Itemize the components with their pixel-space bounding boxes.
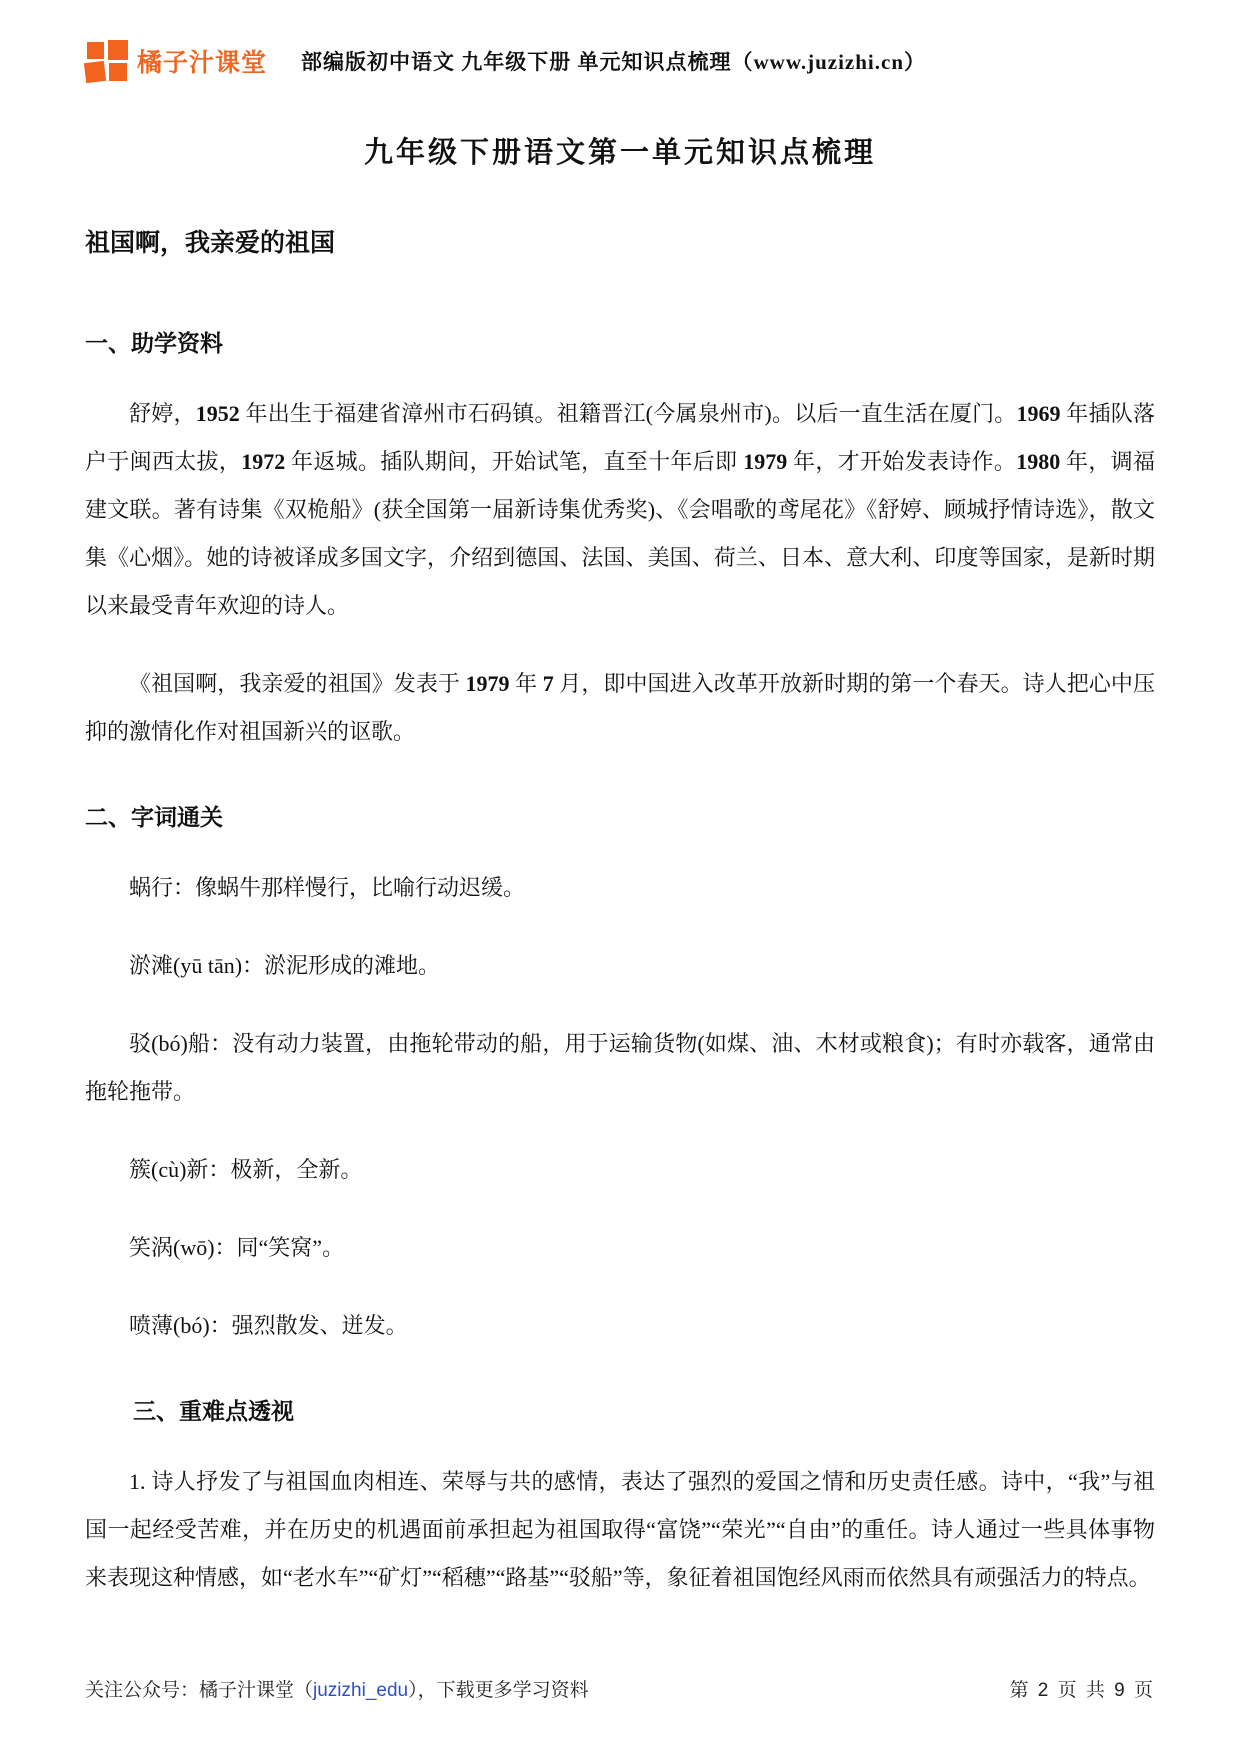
text-run: 年出生于福建省漳州市石码镇。祖籍晋江(今属泉州市)。以后一直生活在厦门。 xyxy=(240,401,1017,426)
section-heading: 二、字词通关 xyxy=(85,800,1155,834)
text-run: 年返城。插队期间，开始试笔，直至十年后即 xyxy=(285,449,743,474)
juzizhi-logo-icon xyxy=(85,39,131,83)
text-run: 驳(bó)船：没有动力装置，由拖轮带动的船，用于运输货物(如煤、油、木材或粮食)… xyxy=(85,1031,1155,1104)
definition-item: 驳(bó)船：没有动力装置，由拖轮带动的船，用于运输货物(如煤、油、木材或粮食)… xyxy=(85,1020,1155,1116)
document-content: 九年级下册语文第一单元知识点梳理 祖国啊，我亲爱的祖国 一、助学资料 舒婷，19… xyxy=(0,132,1240,1602)
text-run: 喷薄(bó)：强烈散发、迸发。 xyxy=(129,1313,408,1338)
text-run: 蜗行：像蜗牛那样慢行，比喻行动迟缓。 xyxy=(129,875,525,900)
text-run: 笑涡(wō)：同“笑窝”。 xyxy=(129,1235,344,1260)
page-number: 第 2 页 共 9 页 xyxy=(1009,1675,1155,1702)
text-run: 年，调福建文联。著有诗集《双桅船》(获全国第一届新诗集优秀奖)、《会唱歌的鸢尾花… xyxy=(85,449,1155,618)
bold-text: 1980 xyxy=(1016,449,1060,474)
page-title: 九年级下册语文第一单元知识点梳理 xyxy=(85,132,1155,174)
text-run: 淤滩(yū tān)：淤泥形成的滩地。 xyxy=(129,953,440,978)
paragraph: 《祖国啊，我亲爱的祖国》发表于 1979 年 7 月，即中国进入改革开放新时期的… xyxy=(85,660,1155,756)
text-run: 年 xyxy=(510,671,543,696)
bold-text: 1979 xyxy=(743,449,787,474)
footer-link[interactable]: juzizhi_edu xyxy=(313,1680,408,1701)
bold-text: 1979 xyxy=(466,671,510,696)
section-heading: 三、重难点透视 xyxy=(133,1394,1155,1428)
juzizhi-logo: 橘子汁课堂 xyxy=(85,39,267,83)
footer-note: 关注公众号：橘子汁课堂（juzizhi_edu），下载更多学习资料 xyxy=(85,1675,589,1702)
bold-text: 1952 xyxy=(196,401,240,426)
page-footer: 关注公众号：橘子汁课堂（juzizhi_edu），下载更多学习资料 第 2 页 … xyxy=(85,1675,1155,1702)
definition-item: 淤滩(yū tān)：淤泥形成的滩地。 xyxy=(85,942,1155,990)
text-run: 关注公众号：橘子汁课堂（ xyxy=(85,1680,313,1701)
section-key-points: 三、重难点透视 1. 诗人抒发了与祖国血肉相连、荣辱与共的感情，表达了强烈的爱国… xyxy=(85,1394,1155,1602)
bold-text: 7 xyxy=(543,671,554,696)
document-page: 橘子汁课堂 部编版初中语文 九年级下册 单元知识点梳理（www.juzizhi.… xyxy=(0,0,1240,1754)
text-run: ），下载更多学习资料 xyxy=(408,1680,589,1701)
text-run: 舒婷， xyxy=(129,401,196,426)
bold-text: 1969 xyxy=(1017,401,1061,426)
definition-item: 笑涡(wō)：同“笑窝”。 xyxy=(85,1224,1155,1272)
definition-item: 喷薄(bó)：强烈散发、迸发。 xyxy=(85,1302,1155,1350)
bold-text: 1972 xyxy=(241,449,285,474)
definition-item: 簇(cù)新：极新，全新。 xyxy=(85,1146,1155,1194)
page-header: 橘子汁课堂 部编版初中语文 九年级下册 单元知识点梳理（www.juzizhi.… xyxy=(0,0,1240,88)
section-vocabulary: 二、字词通关 蜗行：像蜗牛那样慢行，比喻行动迟缓。 淤滩(yū tān)：淤泥形… xyxy=(85,800,1155,1350)
paragraph: 舒婷，1952 年出生于福建省漳州市石码镇。祖籍晋江(今属泉州市)。以后一直生活… xyxy=(85,390,1155,630)
logo-text: 橘子汁课堂 xyxy=(137,43,267,79)
section-heading: 一、助学资料 xyxy=(85,326,1155,360)
definition-item: 蜗行：像蜗牛那样慢行，比喻行动迟缓。 xyxy=(85,864,1155,912)
text-run: 《祖国啊，我亲爱的祖国》发表于 xyxy=(129,671,466,696)
lesson-title: 祖国啊，我亲爱的祖国 xyxy=(85,226,1155,262)
header-doc-info: 部编版初中语文 九年级下册 单元知识点梳理（www.juzizhi.cn） xyxy=(301,46,926,76)
paragraph: 1. 诗人抒发了与祖国血肉相连、荣辱与共的感情，表达了强烈的爱国之情和历史责任感… xyxy=(85,1458,1155,1602)
text-run: 1. 诗人抒发了与祖国血肉相连、荣辱与共的感情，表达了强烈的爱国之情和历史责任感… xyxy=(85,1469,1155,1590)
text-run: 年，才开始发表诗作。 xyxy=(787,449,1016,474)
text-run: 簇(cù)新：极新，全新。 xyxy=(129,1157,362,1182)
section-study-materials: 一、助学资料 舒婷，1952 年出生于福建省漳州市石码镇。祖籍晋江(今属泉州市)… xyxy=(85,326,1155,756)
